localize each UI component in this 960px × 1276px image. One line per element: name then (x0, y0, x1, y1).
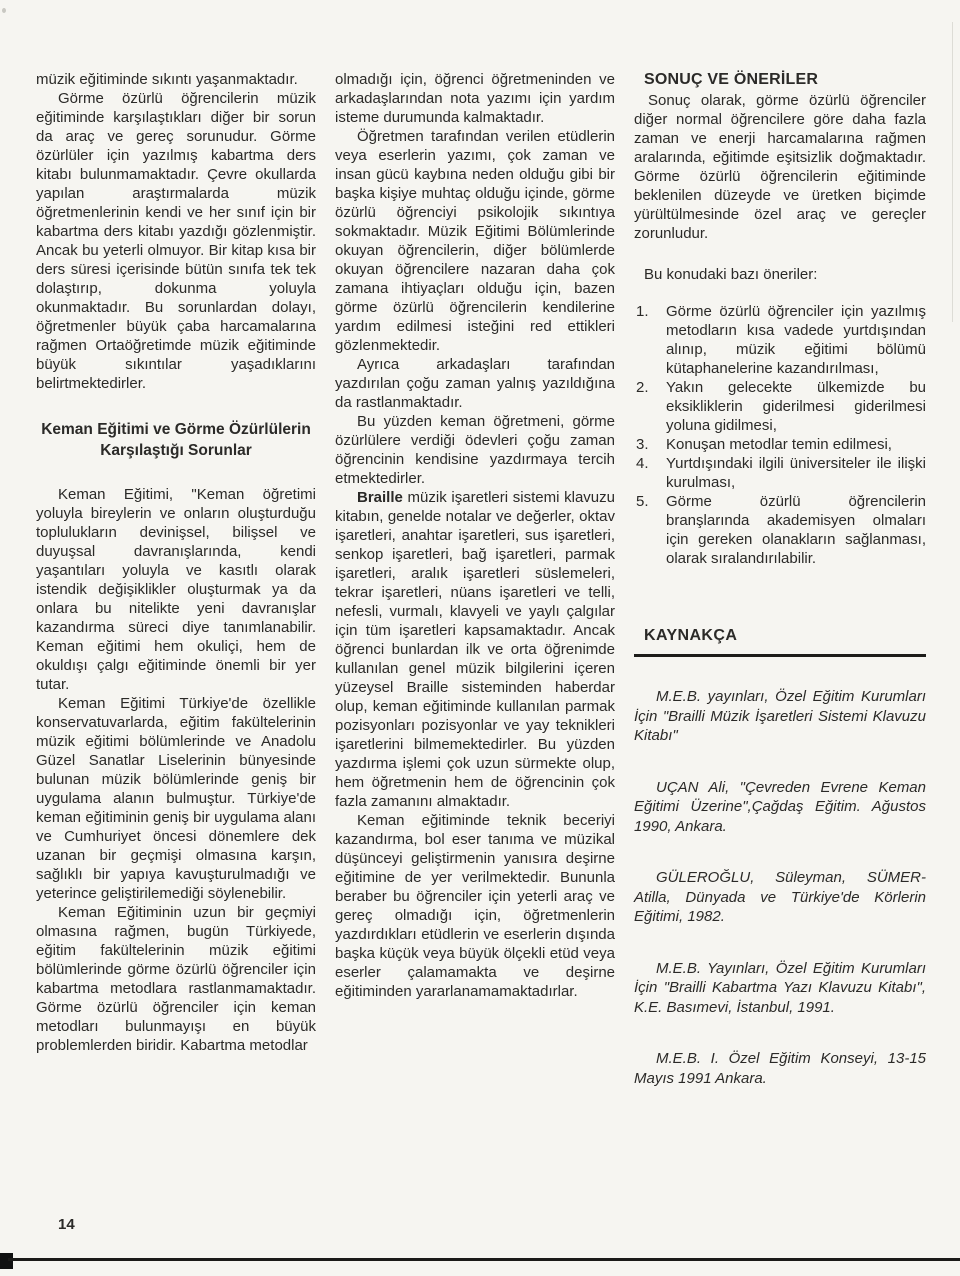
paragraph: Keman eğitiminde teknik beceriyi kazandı… (335, 811, 615, 1001)
list-item: 4. Yurtdışındaki ilgili üniversiteler il… (634, 454, 926, 492)
paragraph: Ayrıca arkadaşları tarafından yazdırılan… (335, 355, 615, 412)
paragraph-braille-text: müzik işaretleri sistemi klavuzu kitabın… (335, 489, 615, 810)
list-item-number: 2. (634, 378, 666, 435)
list-item-text: Görme özürlü öğrencilerin branşlarında a… (666, 492, 926, 568)
paragraph: Keman Eğitiminin uzun bir geçmiyi olması… (36, 903, 316, 1055)
article-columns: müzik eğitiminde sıkıntı yaşanmaktadır. … (36, 70, 926, 1120)
list-item: 1. Görme özürlü öğrenciler için yazılmış… (634, 302, 926, 378)
paragraph-braille: Braille müzik işaretleri sistemi klavuzu… (335, 488, 615, 811)
reference-item: GÜLEROĞLU, Süleyman, SÜMER- Atilla, Düny… (634, 868, 926, 927)
list-item-text: Yakın gelecekte ülkemizde bu eksiklikler… (666, 378, 926, 435)
paragraph: Keman Eğitimi, "Keman öğretimi yoluyla b… (36, 485, 316, 694)
suggestions-list: 1. Görme özürlü öğrenciler için yazılmış… (634, 302, 926, 568)
scanned-article-page: müzik eğitiminde sıkıntı yaşanmaktadır. … (0, 0, 960, 1276)
list-item-text: Görme özürlü öğrenciler için yazılmış me… (666, 302, 926, 378)
list-item: 2. Yakın gelecekte ülkemizde bu eksiklik… (634, 378, 926, 435)
reference-item: M.E.B. Yayınları, Özel Eğitim Kurumları … (634, 959, 926, 1018)
paragraph: Görme özürlü öğrencilerin müzik eğitimin… (36, 89, 316, 393)
list-item-number: 5. (634, 492, 666, 568)
bottom-rule (8, 1258, 960, 1261)
scan-artifact-line (952, 22, 953, 322)
paragraph: Keman Eğitimi Türkiye'de özellikle konse… (36, 694, 316, 903)
section-heading-kaynakca: KAYNAKÇA (634, 626, 926, 657)
column-right: SONUÇ VE ÖNERİLER Sonuç olarak, görme öz… (634, 70, 926, 1120)
paragraph: müzik eğitiminde sıkıntı yaşanmaktadır. (36, 70, 316, 89)
list-item-text: Konuşan metodlar temin edilmesi, (666, 435, 926, 454)
references-list: M.E.B. yayınları, Özel Eğitim Kurumları … (634, 687, 926, 1088)
reference-item: UÇAN Ali, "Çevreden Evrene Keman Eğitimi… (634, 778, 926, 837)
suggestions-intro: Bu konudaki bazı öneriler: (634, 265, 926, 284)
list-item-number: 1. (634, 302, 666, 378)
braille-term: Braille (357, 489, 403, 506)
reference-item: M.E.B. I. Özel Eğitim Konseyi, 13-15 May… (634, 1049, 926, 1088)
section-heading-keman-egitimi: Keman Eğitimi ve Görme Özürlülerin Karşı… (36, 419, 316, 461)
list-item: 3. Konuşan metodlar temin edilmesi, (634, 435, 926, 454)
list-item-number: 3. (634, 435, 666, 454)
paragraph: Öğretmen tarafından verilen etüdlerin ve… (335, 127, 615, 355)
list-item-text: Yurtdışındaki ilgili üniversiteler ile i… (666, 454, 926, 492)
page-number: 14 (58, 1216, 75, 1233)
scan-artifact-speck (2, 8, 6, 13)
reference-item: M.E.B. yayınları, Özel Eğitim Kurumları … (634, 687, 926, 746)
section-heading-sonuc: SONUÇ VE ÖNERİLER (644, 70, 926, 89)
scan-corner-mark (0, 1253, 13, 1269)
paragraph: Bu yüzden keman öğretmeni, görme özürlül… (335, 412, 615, 488)
column-left: müzik eğitiminde sıkıntı yaşanmaktadır. … (36, 70, 316, 1120)
paragraph: olmadığı için, öğrenci öğretmeninden ve … (335, 70, 615, 127)
column-middle: olmadığı için, öğrenci öğretmeninden ve … (335, 70, 615, 1120)
kaynakca-label: KAYNAKÇA (644, 627, 737, 644)
paragraph: Sonuç olarak, görme özürlü öğrenciler di… (634, 91, 926, 243)
list-item-number: 4. (634, 454, 666, 492)
list-item: 5. Görme özürlü öğrencilerin branşlarınd… (634, 492, 926, 568)
